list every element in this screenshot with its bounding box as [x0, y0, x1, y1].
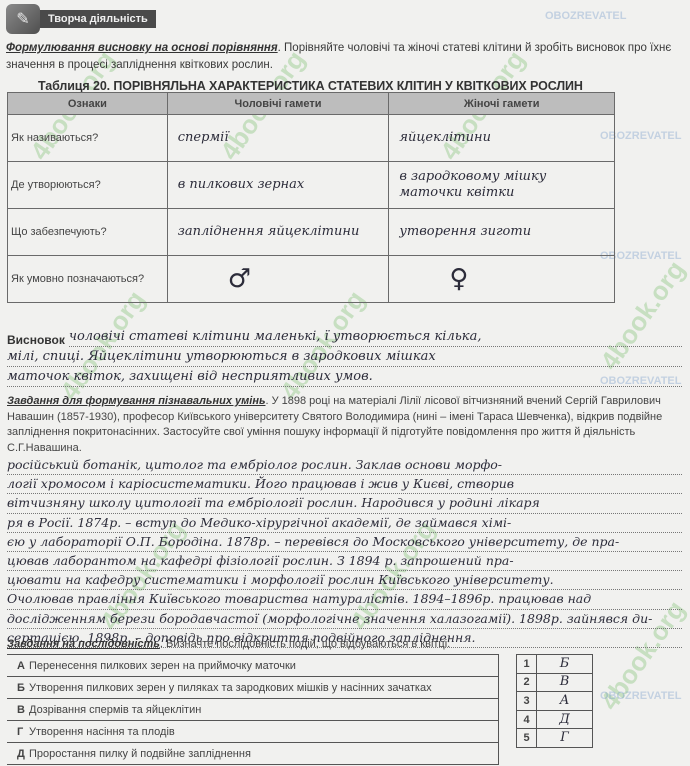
- male-answer[interactable]: в пилкових зернах: [168, 177, 389, 193]
- watermark-brand: OBOZREVATEL: [600, 690, 681, 702]
- sequence-item: В Дозрівання спермів та яйцеклітин: [7, 699, 499, 721]
- table-row: Що забезпечують? запліднення яйцеклітини…: [8, 209, 615, 256]
- item-key: Г: [7, 721, 29, 743]
- row-question: Що забезпечують?: [8, 209, 168, 256]
- answer-number: 4: [517, 710, 537, 729]
- task-label: Формулювання висновку на основі порівнян…: [6, 42, 278, 54]
- sequence-item: Г Утворення насіння та плодів: [7, 721, 499, 743]
- table-row: Де утворюються? в пилкових зернах в заро…: [8, 162, 615, 209]
- item-text: Проростання пилку й подвійне запліднення: [29, 743, 499, 765]
- answer-line[interactable]: ря в Росії. 1874р. – вступ до Медико-хір…: [7, 514, 682, 533]
- item-text: Перенесення пилкових зерен на приймочку …: [29, 655, 499, 677]
- table-row: Як називаються? спермії яйцеклітини: [8, 115, 615, 162]
- male-answer[interactable]: запліднення яйцеклітини: [168, 224, 389, 240]
- answer-line[interactable]: російський ботанік, цитолог та ембріолог…: [7, 456, 682, 475]
- cognitive-task: Завдання для формування пізнавальних умі…: [7, 394, 685, 456]
- sequence-options-table: А Перенесення пилкових зерен на приймочк…: [7, 654, 499, 765]
- answer-value[interactable]: В: [537, 673, 593, 692]
- conclusion-label: Висновок: [7, 333, 65, 347]
- comparison-table: Ознаки Чоловічі гамети Жіночі гамети Як …: [7, 92, 615, 303]
- answer-line[interactable]: єю у лабораторії О.П. Бородіна. 1878р. –…: [7, 533, 682, 552]
- item-key: В: [7, 699, 29, 721]
- conclusion-block: Висновок чоловічі статеві клітини малень…: [7, 327, 682, 387]
- answer-lines: російський ботанік, цитолог та ембріолог…: [7, 456, 682, 648]
- conclusion-line[interactable]: маточок квіток, захищені від несприятлив…: [7, 367, 682, 387]
- answer-value[interactable]: Д: [537, 710, 593, 729]
- answer-value[interactable]: А: [537, 692, 593, 711]
- answer-line[interactable]: логії хромосом і каріосистематики. Його …: [7, 475, 682, 494]
- answer-line[interactable]: Очолював правління Київського товариства…: [7, 590, 682, 609]
- conclusion-line[interactable]: чоловічі статеві клітини маленькі, ї утв…: [69, 327, 682, 347]
- row-question: Де утворюються?: [8, 162, 168, 209]
- table-caption: Таблиця 20. ПОРІВНЯЛЬНА ХАРАКТЕРИСТИКА С…: [38, 79, 638, 93]
- watermark-brand: OBOZREVATEL: [545, 10, 626, 22]
- answer-value[interactable]: Г: [537, 729, 593, 748]
- answer-number: 2: [517, 673, 537, 692]
- activity-icon: ✎: [6, 4, 40, 34]
- item-key: А: [7, 655, 29, 677]
- sequence-item: Д Проростання пилку й подвійне запліднен…: [7, 743, 499, 765]
- male-answer[interactable]: спермії: [168, 130, 389, 146]
- answer-row: 1 Б: [517, 655, 593, 674]
- answer-row: 5 Г: [517, 729, 593, 748]
- female-symbol-icon[interactable]: ♀: [389, 264, 614, 294]
- answer-line[interactable]: цював лаборантом на кафедрі фізіології р…: [7, 552, 682, 571]
- answer-row: 2 В: [517, 673, 593, 692]
- sequence-task-intro: Завдання на послідовність. Визначте посл…: [7, 638, 450, 650]
- sequence-item: А Перенесення пилкових зерен на приймочк…: [7, 655, 499, 677]
- section-title: Творча діяльність: [40, 10, 156, 28]
- male-symbol-icon[interactable]: ♂: [168, 264, 389, 294]
- item-key: Д: [7, 743, 29, 765]
- column-header: Чоловічі гамети: [167, 93, 389, 115]
- row-question: Як називаються?: [8, 115, 168, 162]
- column-header: Ознаки: [8, 93, 168, 115]
- item-text: Утворення пилкових зерен у пиляках та за…: [29, 677, 499, 699]
- task-label: Завдання на послідовність: [7, 638, 160, 650]
- answer-line[interactable]: цювати на кафедру систематики і морфолог…: [7, 571, 682, 590]
- answer-number: 5: [517, 729, 537, 748]
- item-text: Дозрівання спермів та яйцеклітин: [29, 699, 499, 721]
- column-header: Жіночі гамети: [389, 93, 615, 115]
- task-label: Завдання для формування пізнавальних умі…: [7, 395, 266, 407]
- sequence-item: Б Утворення пилкових зерен у пиляках та …: [7, 677, 499, 699]
- task-text: . Визначте послідовність подій, що відбу…: [160, 638, 450, 650]
- item-key: Б: [7, 677, 29, 699]
- row-question: Як умовно позначаються?: [8, 256, 168, 303]
- answer-value[interactable]: Б: [537, 655, 593, 674]
- textbook-page: 4book.org 4book.org 4book.org 4book.org …: [0, 0, 690, 766]
- answer-line[interactable]: вітчизняну школу цитології та ембріологі…: [7, 494, 682, 513]
- female-answer[interactable]: утворення зиготи: [389, 224, 614, 240]
- conclusion-line[interactable]: мілі, спиці. Яйцеклітини утворюються в з…: [7, 347, 682, 367]
- female-answer[interactable]: в зародковому мішку маточки квітки: [389, 169, 614, 201]
- item-text: Утворення насіння та плодів: [29, 721, 499, 743]
- task-intro: Формулювання висновку на основі порівнян…: [6, 40, 686, 74]
- answer-row: 4 Д: [517, 710, 593, 729]
- section-header: ✎ Творча діяльність: [6, 4, 156, 34]
- female-answer[interactable]: яйцеклітини: [389, 130, 614, 146]
- table-row: Як умовно позначаються? ♂ ♀: [8, 256, 615, 303]
- answer-number: 3: [517, 692, 537, 711]
- answer-number: 1: [517, 655, 537, 674]
- sequence-answer-table: 1 Б 2 В 3 А 4 Д 5 Г: [516, 654, 593, 748]
- answer-line[interactable]: дослідженням берези бородавчастої (морфо…: [7, 610, 682, 629]
- answer-row: 3 А: [517, 692, 593, 711]
